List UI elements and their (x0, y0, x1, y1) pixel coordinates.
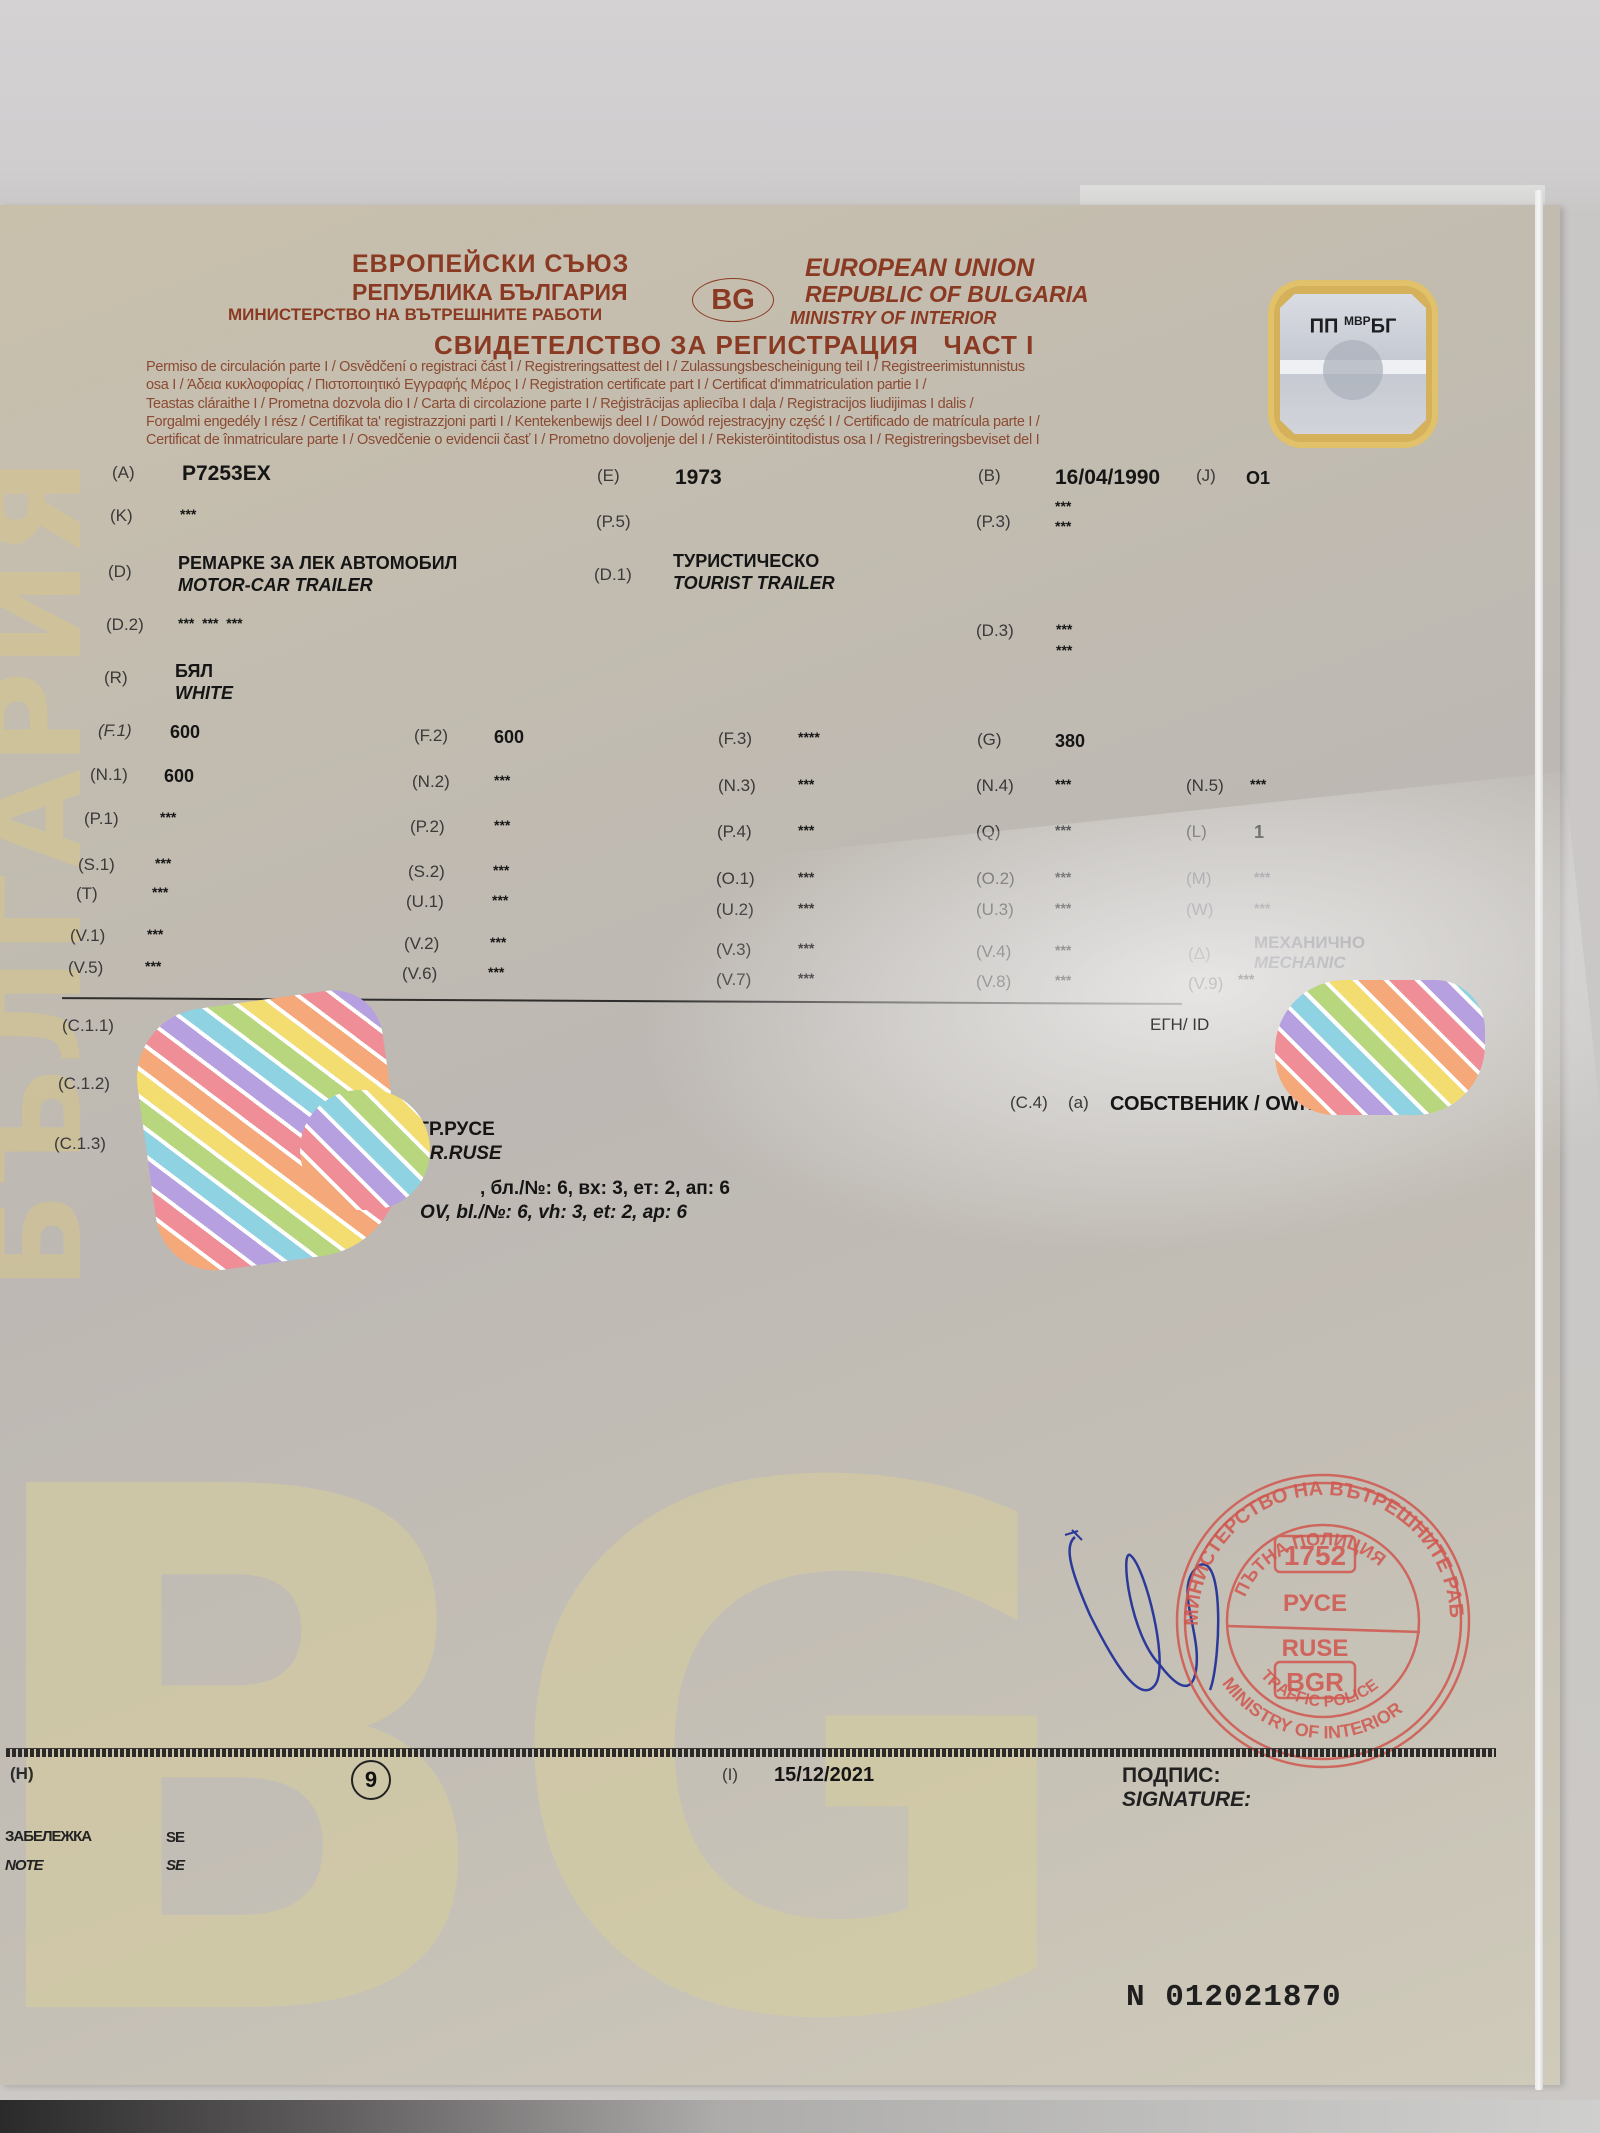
country-code-oval: BG (692, 278, 774, 322)
header-republic-bg: РЕПУБЛИКА БЪЛГАРИЯ (352, 279, 628, 306)
redaction-holder-name-2 (300, 1090, 430, 1210)
dotted-separator (6, 1748, 1496, 1757)
svg-text:РУСЕ: РУСЕ (1283, 1590, 1347, 1617)
label-v5: (V.5) (68, 958, 103, 978)
label-s2: (S.2) (408, 862, 445, 882)
label-r: (R) (104, 668, 128, 688)
label-k: (K) (110, 506, 133, 526)
value-n3: *** (798, 776, 814, 792)
value-v1: *** (147, 926, 163, 942)
header-eu-bg: ЕВРОПЕЙСКИ СЪЮЗ (352, 250, 629, 279)
label-d3: (D.3) (976, 621, 1014, 641)
category-circle: 9 (351, 1760, 391, 1800)
value-n1: 600 (164, 766, 194, 787)
label-n2: (N.2) (412, 772, 450, 792)
label-v1: (V.1) (70, 926, 105, 946)
label-p2: (P.2) (410, 817, 445, 837)
label-c12: (C.1.2) (58, 1074, 110, 1094)
label-p3: (P.3) (976, 512, 1011, 532)
value-d2: *** *** *** (178, 615, 243, 631)
label-c11: (C.1.1) (62, 1016, 114, 1036)
label-u1: (U.1) (406, 892, 444, 912)
value-v6: *** (488, 964, 504, 980)
label-j: (J) (1196, 466, 1216, 486)
label-n4: (N.4) (976, 776, 1014, 796)
watermark-bg: BG (0, 1470, 1080, 2046)
value-registration-number: P7253EX (182, 462, 271, 486)
label-t: (T) (76, 884, 98, 904)
header-republic-en: REPUBLIC OF BULGARIA (805, 281, 1089, 308)
label-v2: (V.2) (404, 934, 439, 954)
label-e: (E) (597, 466, 620, 486)
value-s2: *** (493, 862, 509, 878)
label-f2: (F.2) (414, 726, 448, 746)
redaction-holder-id (1275, 980, 1485, 1115)
label-h: (H) (10, 1764, 34, 1784)
value-vehicle-type: РЕМАРКЕ ЗА ЛЕК АВТОМОБИЛMOTOR-CAR TRAILE… (178, 552, 457, 596)
value-n2: *** (494, 772, 510, 788)
signature-label: ПОДПИС: SIGNATURE: (1122, 1764, 1251, 1812)
multilingual-line: Certificat de înmatriculare parte I / Os… (146, 431, 1186, 449)
label-v6: (V.6) (402, 964, 437, 984)
value-f2: 600 (494, 727, 524, 748)
value-u1: *** (492, 892, 508, 908)
label-c4: (C.4) (1010, 1093, 1048, 1113)
label-i: (I) (722, 1765, 738, 1785)
label-d1: (D.1) (594, 565, 632, 585)
value-f1: 600 (170, 722, 200, 743)
hologram-text: ПП МВРБГ (1280, 314, 1426, 339)
header-ministry-en: MINISTRY OF INTERIOR (790, 308, 996, 329)
value-j-category: O1 (1246, 468, 1270, 489)
value-f3: **** (798, 729, 820, 745)
value-n5: *** (1250, 776, 1266, 792)
value-p3: *** (1055, 518, 1071, 534)
multilingual-line: Forgalmi engedély I rész / Certifikat ta… (146, 413, 1186, 431)
value-g: 380 (1055, 731, 1085, 752)
multilingual-line: Teastas cláraithe I / Prometna dozvola d… (146, 395, 1186, 413)
label-s1: (S.1) (78, 855, 115, 875)
header-ministry-bg: МИНИСТЕРСТВО НА ВЪТРЕШНИТЕ РАБОТИ (228, 305, 602, 325)
label-d2: (D.2) (106, 615, 144, 635)
label-c13: (C.1.3) (54, 1134, 106, 1154)
label-a: (A) (112, 463, 135, 483)
label-id: ЕГН/ ID (1150, 1015, 1209, 1035)
label-p1: (P.1) (84, 809, 119, 829)
label-p4: (P.4) (717, 822, 752, 842)
label-d: (D) (108, 562, 132, 582)
value-n4: *** (1055, 776, 1071, 792)
value-colour: БЯЛWHITE (175, 660, 233, 704)
background-surface (0, 2100, 1600, 2133)
note-label-bg: ЗАБЕЛЕЖКА (5, 1828, 91, 1845)
document-title: СВИДЕТЕЛСТВО ЗА РЕГИСТРАЦИЯ ЧАСТ I (434, 330, 1034, 361)
value-vehicle-subtype: ТУРИСТИЧЕСКОTOURIST TRAILER (673, 550, 835, 594)
value-e-year: 1973 (675, 466, 722, 490)
official-stamp-icon: 1752 РУСЕ RUSE BGR МИНИСТЕРСТВО НА ВЪТРЕ… (1168, 1466, 1478, 1776)
value-d3-2: *** (1056, 642, 1072, 658)
multilingual-titles: Permiso de circulación parte I / Osvědče… (146, 358, 1186, 449)
value-v2: *** (490, 934, 506, 950)
label-p5: (P.5) (596, 512, 631, 532)
value-t: *** (152, 884, 168, 900)
note-value-en: SE (166, 1857, 184, 1874)
label-b: (B) (978, 466, 1001, 486)
value-d3: *** (1056, 621, 1072, 637)
label-f1: (F.1) (98, 721, 132, 741)
hologram-seal-icon: ПП МВРБГ (1268, 280, 1438, 448)
value-p4: *** (798, 822, 814, 838)
value-p1: *** (160, 809, 176, 825)
value-p2: *** (494, 817, 510, 833)
value-k: *** (180, 506, 196, 522)
value-holder-address: , бл./№: 6, вх: 3, ет: 2, ап: 6OV, bl./№… (420, 1177, 730, 1225)
multilingual-line: osa I / Άδεια κυκλοφορίας / Πιστοποιητικ… (146, 376, 1186, 394)
value-issue-date: 15/12/2021 (774, 1764, 874, 1787)
note-value-bg: SE (166, 1829, 184, 1846)
label-n1: (N.1) (90, 765, 128, 785)
label-n3: (N.3) (718, 776, 756, 796)
serial-number: N 012021870 (1126, 1980, 1342, 2015)
header-eu-en: EUROPEAN UNION (805, 254, 1034, 283)
label-n5: (N.5) (1186, 776, 1224, 796)
value-v5: *** (145, 958, 161, 974)
label-c4-a: (a) (1068, 1093, 1089, 1113)
value-first-registration-date: 16/04/1990 (1055, 466, 1160, 490)
multilingual-line: Permiso de circulación parte I / Osvědče… (146, 358, 1186, 376)
label-g: (G) (977, 730, 1002, 750)
note-label-en: NOTE (5, 1857, 43, 1874)
label-f3: (F.3) (718, 729, 752, 749)
value-p3-top: *** (1055, 498, 1071, 514)
svg-text:RUSE: RUSE (1282, 1635, 1349, 1662)
value-s1: *** (155, 855, 171, 871)
